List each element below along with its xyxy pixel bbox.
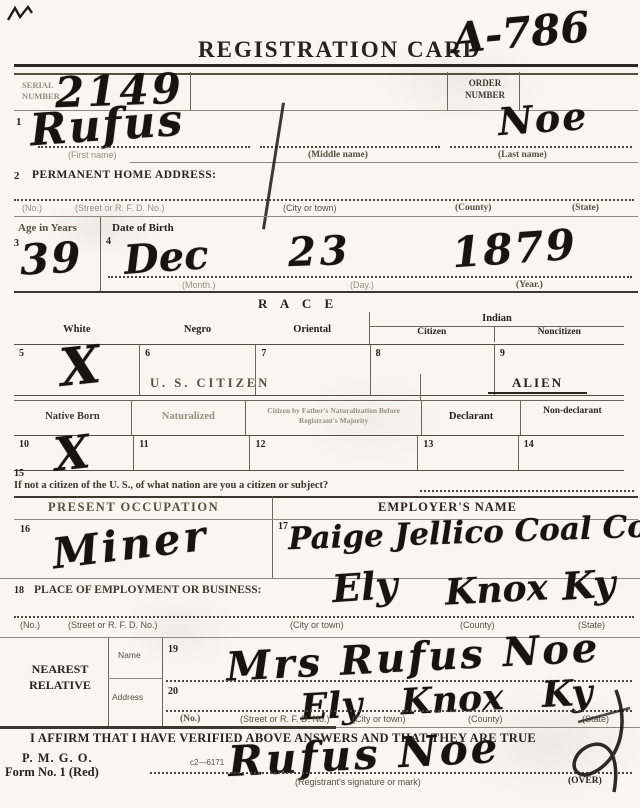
dob-month-handwriting: Dec [123,235,210,281]
pmgo-label: P. M. G. O. [22,752,93,766]
declarant-number: 13 [423,439,433,450]
dob-line [108,276,632,278]
native-born-number: 10 [19,439,29,450]
first-name-line [38,146,250,148]
race-indian-noncitizen-header: Noncitizen [495,327,624,342]
naturalized-cell: 11 [134,436,250,470]
item-20-number: 20 [168,686,178,697]
item-17-number: 17 [278,521,288,532]
nearest-relative-label: NEAREST RELATIVE [14,662,106,693]
age-handwriting: 39 [19,236,84,281]
occupation-employer-divider [272,496,273,578]
handwritten-stamp: A-786 [450,6,591,60]
emp-county-label: (County) [460,620,495,630]
place-of-employment-label: PLACE OF EMPLOYMENT OR BUSINESS: [34,584,261,597]
citizenship-table: Native Born Naturalized Citizen by Fathe… [14,400,624,471]
naturalized-header: Naturalized [132,401,246,435]
last-name-line [450,146,632,148]
employment-line [14,616,634,618]
nondeclarant-number: 14 [524,439,534,450]
native-born-mark: X [52,428,92,477]
race-oriental-header: Oriental [255,312,369,344]
relative-address-label: Address [112,692,143,702]
citizen-by-father-cell: 12 [250,436,418,470]
dob-day-handwriting: 23 [287,231,352,273]
item-2-number: 2 [14,170,20,182]
race-indian-header: Indian [370,312,624,327]
race-indian-citizen-number: 8 [376,348,381,359]
rel-city-label: (City or town) [352,714,406,724]
serial-box-divider [190,72,191,110]
addr-state-label: (State) [572,203,599,213]
home-address-label: PERMANENT HOME ADDRESS: [32,169,216,182]
emp-no-label: (No.) [20,620,40,630]
middle-name-line [260,146,440,148]
addr-county-label: (County) [455,203,491,213]
middle-name-label: (Middle name) [308,150,368,160]
emp-street-label: (Street or R. F. D. No.) [68,620,158,630]
item-18-number: 18 [14,585,24,596]
occupation-handwriting: Miner [50,515,211,576]
rel-no-label: (No.) [180,714,200,724]
home-address-line [14,199,634,201]
ink-mark [6,4,40,24]
dob-year-handwriting: 1879 [451,224,579,275]
citizen-alien-divider [420,374,421,400]
form-number-label: Form No. 1 (Red) [5,766,99,780]
race-oriental-cell: 7 [256,345,370,395]
relative-bottom-rule-heavy [0,726,336,729]
dob-day-label: (Day.) [350,280,374,290]
addr-street-label: (Street or R. F. D. No.) [75,203,165,213]
race-negro-header: Negro [140,312,256,344]
us-citizen-title: U. S. CITIZEN [150,377,270,391]
race-negro-number: 6 [145,348,150,359]
declarant-cell: 13 [418,436,518,470]
signature-caption: (Registrant's signature or mark) [295,777,421,787]
dob-month-label: (Month.) [182,280,216,290]
item-4-number: 4 [106,236,111,247]
ink-stroke [262,103,285,230]
relative-name-address-divider [108,678,162,679]
age-dob-divider [100,217,101,291]
alien-title: ALIEN [488,376,587,394]
employers-name-header: EMPLOYER'S NAME [378,501,517,515]
race-white-mark: X [57,339,103,395]
page-title: REGISTRATION CARD [198,37,481,62]
last-name-handwriting: Noe [497,97,590,141]
race-indian-noncitizen-number: 9 [500,348,505,359]
registrant-signature-handwriting: Rufus Noe [227,727,501,783]
age-dob-bottom-rule [14,291,638,293]
race-title: R A C E [258,297,338,311]
race-white-cell: 5 X [14,345,140,395]
order-box-divider-left [447,72,448,110]
citizen-by-father-number: 12 [255,439,265,450]
question-15-answer-line [420,490,634,492]
employment-city-handwriting: Ely [331,566,399,608]
race-indian-group: Indian Citizen Noncitizen [369,312,624,344]
race-indian-citizen-header: Citizen [370,327,495,342]
print-code: c2—6171 [190,758,224,767]
race-oriental-number: 7 [261,348,266,359]
addr-city-label: (City or town) [283,203,337,213]
race-indian-citizen-cell: 8 [371,345,495,395]
naturalized-number: 11 [139,439,148,450]
last-name-label: (Last name) [498,150,547,160]
employment-county-handwriting: Knox [444,569,549,610]
item-15-number: 15 [14,468,24,479]
first-name-label: (First name) [68,150,117,160]
race-white-number: 5 [19,348,24,359]
question-15-text: If not a citizen of the U. S., of what n… [14,480,328,492]
item-1-number: 1 [16,116,22,128]
name-row-underline [130,162,638,163]
item-19-number: 19 [168,644,178,655]
native-born-cell: 10 X [14,436,134,470]
rel-street-label: (Street or R. F. D. No.) [240,714,330,724]
dob-label: Date of Birth [112,222,174,234]
addr-no-label: (No.) [22,203,42,213]
emp-city-label: (City or town) [290,620,344,630]
registration-card-scan: REGISTRATION CARD A-786 SERIAL NUMBER 21… [0,0,640,808]
nondeclarant-cell: 14 [519,436,624,470]
address-row-underline [14,216,638,217]
signature-flourish [538,688,634,800]
occupation-top-rule [14,496,638,498]
employment-state-handwriting: Ky [561,564,617,606]
relative-divider-1 [108,638,109,726]
relative-divider-2 [162,638,163,726]
item-16-number: 16 [20,524,30,535]
dob-year-label: (Year.) [516,280,543,290]
nondeclarant-header: Non-declarant [521,401,624,435]
declarant-header: Declarant [422,401,520,435]
relative-name-label: Name [118,650,141,660]
citizen-by-father-header: Citizen by Father's Naturalization Befor… [246,401,423,435]
